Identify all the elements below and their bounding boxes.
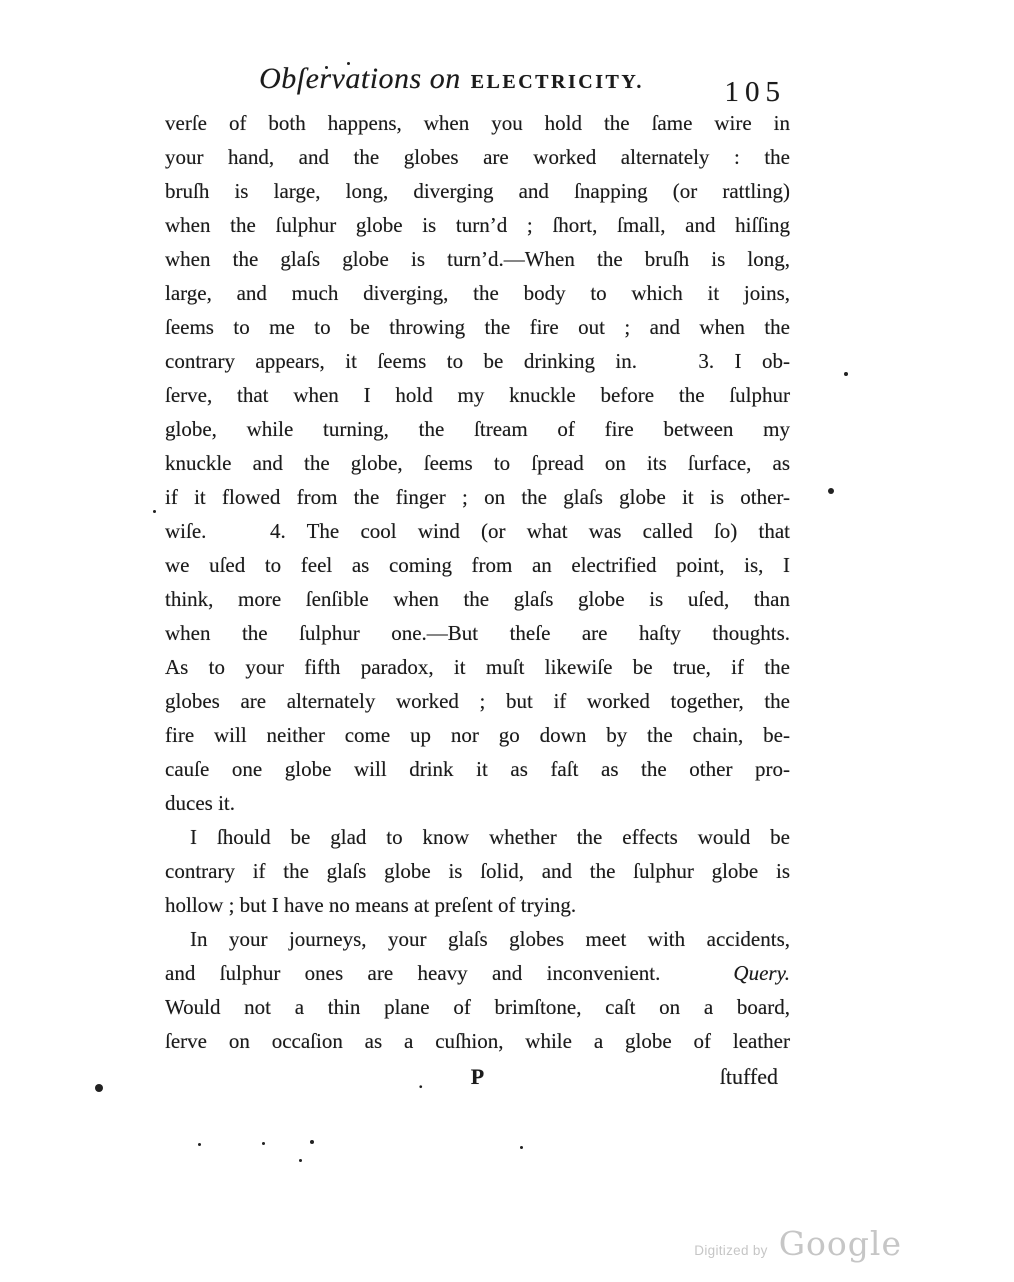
text-segment: think, more ſenſible when the glaſs glob… (165, 587, 790, 611)
text-segment: cauſe one globe will drink it as faſt as… (165, 757, 790, 781)
text-segment: if it flowed from the finger ; on the gl… (165, 485, 790, 509)
text-line: we uſed to feel as coming from an electr… (165, 548, 790, 582)
text-segment: ſerve, that when I hold my knuckle befor… (165, 383, 790, 407)
scan-speck (828, 488, 834, 494)
text-segment: hollow ; but I have no means at preſent … (165, 893, 576, 917)
text-line: As to your fifth paradox, it muſt likewi… (165, 650, 790, 684)
scan-speck (325, 66, 328, 69)
text-line: globes are alternately worked ; but if w… (165, 684, 790, 718)
heading-caps-text: ELECTRICITY. (471, 71, 644, 94)
text-line: if it flowed from the finger ; on the gl… (165, 480, 790, 514)
digitized-watermark: Digitized by Google (694, 1224, 902, 1263)
scan-speck (262, 1142, 265, 1145)
text-line: In your journeys, your glaſs globes meet… (165, 922, 790, 956)
text-line: when the ſulphur globe is turn’d ; ſhort… (165, 208, 790, 242)
text-segment: fire will neither come up nor go down by… (165, 723, 790, 747)
text-line: contrary appears, it ſeems to be drinkin… (165, 344, 790, 378)
scan-speck (153, 510, 156, 513)
text-line: globe, while turning, the ſtream of fire… (165, 412, 790, 446)
text-line: fire will neither come up nor go down by… (165, 718, 790, 752)
scan-speck (520, 1146, 523, 1149)
italic-text-segment: Query. (733, 961, 790, 985)
text-segment: bruſh is large, long, diverging and ſnap… (165, 179, 790, 203)
text-line: wiſe. 4. The cool wind (or what was call… (165, 514, 790, 548)
text-line: think, more ſenſible when the glaſs glob… (165, 582, 790, 616)
page-heading: Obſervations on ELECTRICITY. (165, 62, 738, 96)
text-segment: when the ſulphur one.—But theſe are haſt… (165, 621, 790, 645)
scan-speck (347, 62, 350, 65)
text-segment: contrary if the glaſs globe is ſolid, an… (165, 859, 790, 883)
text-line: Would not a thin plane of brimſtone, caſ… (165, 990, 790, 1024)
text-segment: ſeems to me to be throwing the fire out … (165, 315, 790, 339)
text-segment: globe, while turning, the ſtream of fire… (165, 417, 790, 441)
text-line: hollow ; but I have no means at preſent … (165, 888, 790, 922)
text-segment: verſe of both happens, when you hold the… (165, 111, 790, 135)
text-segment: In your journeys, your glaſs globes meet… (190, 927, 790, 951)
text-segment: large, and much diverging, the body to w… (165, 281, 790, 305)
heading-italic-text: Obſervations on (259, 62, 461, 96)
text-line: I ſhould be glad to know whether the eff… (165, 820, 790, 854)
text-segment: I ſhould be glad to know whether the eff… (190, 825, 790, 849)
text-segment: when the ſulphur globe is turn’d ; ſhort… (165, 213, 790, 237)
text-line: when the glaſs globe is turn’d.—When the… (165, 242, 790, 276)
text-segment: we uſed to feel as coming from an electr… (165, 553, 790, 577)
text-line: ſerve, that when I hold my knuckle befor… (165, 378, 790, 412)
text-line: verſe of both happens, when you hold the… (165, 106, 790, 140)
scan-speck (310, 1140, 314, 1144)
text-segment: knuckle and the globe, ſeems to ſpread o… (165, 451, 790, 475)
text-segment: ſerve on occaſion as a cuſhion, while a … (165, 1029, 790, 1053)
text-line: duces it. (165, 786, 790, 820)
page-number: 105 (725, 76, 787, 109)
text-line: bruſh is large, long, diverging and ſnap… (165, 174, 790, 208)
scan-speck (299, 1159, 302, 1162)
text-line: large, and much diverging, the body to w… (165, 276, 790, 310)
text-line: contrary if the glaſs globe is ſolid, an… (165, 854, 790, 888)
text-line: knuckle and the globe, ſeems to ſpread o… (165, 446, 790, 480)
text-segment: when the glaſs globe is turn’d.—When the… (165, 247, 790, 271)
body-text: verſe of both happens, when you hold the… (165, 106, 790, 1058)
text-line: your hand, and the globes are worked alt… (165, 140, 790, 174)
text-line: when the ſulphur one.—But theſe are haſt… (165, 616, 790, 650)
google-logo: Google (779, 1224, 902, 1263)
text-segment: Would not a thin plane of brimſtone, caſ… (165, 995, 790, 1019)
scan-speck (95, 1084, 103, 1092)
text-line: cauſe one globe will drink it as faſt as… (165, 752, 790, 786)
running-head: Obſervations on ELECTRICITY. 105 (165, 62, 790, 104)
text-line: and ſulphur ones are heavy and inconveni… (165, 956, 790, 990)
text-segment: your hand, and the globes are worked alt… (165, 145, 790, 169)
text-line: ſerve on occaſion as a cuſhion, while a … (165, 1024, 790, 1058)
catchword: ſtuffed (720, 1064, 778, 1090)
text-segment: globes are alternately worked ; but if w… (165, 689, 790, 713)
digitized-by-label: Digitized by (694, 1243, 767, 1258)
text-segment: As to your fifth paradox, it muſt likewi… (165, 655, 790, 679)
scan-speck (844, 372, 848, 376)
text-segment: and ſulphur ones are heavy and inconveni… (165, 961, 733, 985)
text-segment: wiſe. 4. The cool wind (or what was call… (165, 519, 790, 543)
signature-catchword-row: . P ſtuffed (165, 1064, 790, 1100)
scanned-book-page: Obſervations on ELECTRICITY. 105 verſe o… (0, 0, 1014, 1282)
stray-period: . (418, 1068, 424, 1094)
text-segment: contrary appears, it ſeems to be drinkin… (165, 349, 790, 373)
text-segment: duces it. (165, 791, 235, 815)
signature-mark: P (471, 1064, 484, 1090)
text-line: ſeems to me to be throwing the fire out … (165, 310, 790, 344)
scan-speck (198, 1143, 201, 1146)
